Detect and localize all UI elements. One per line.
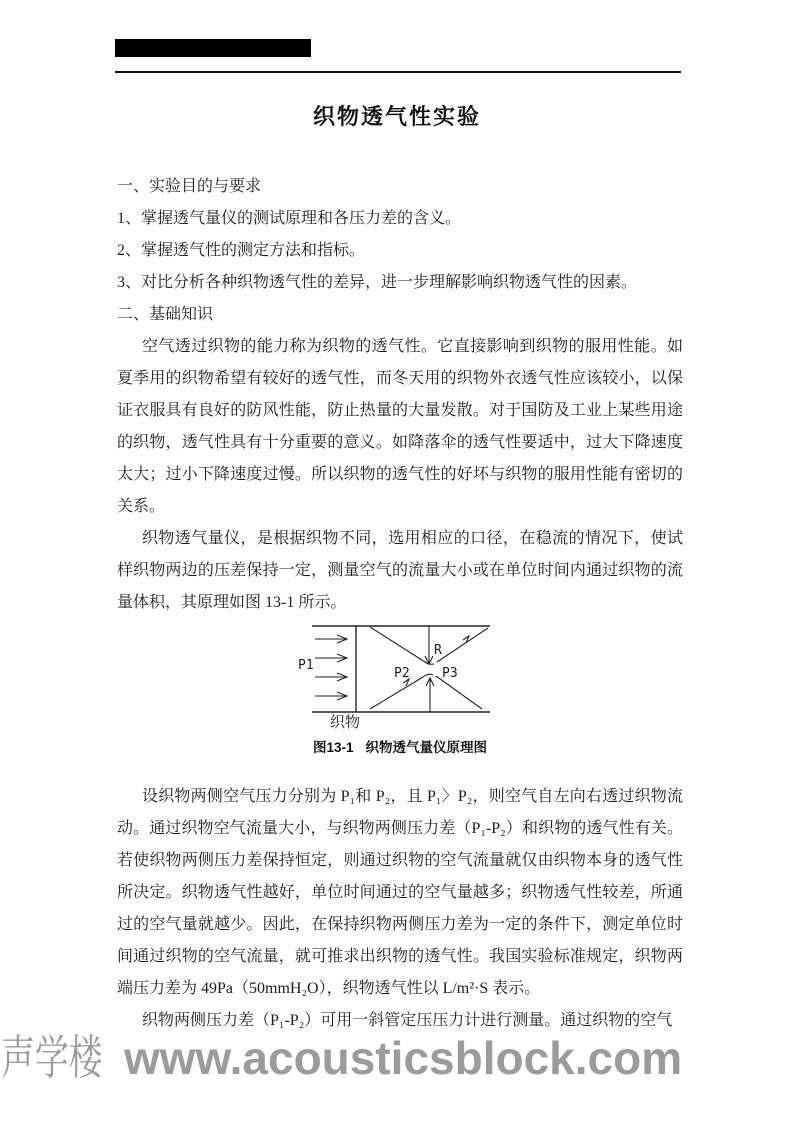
section-2-heading: 二、基础知识 xyxy=(117,299,683,331)
figure-13-1: P1 P2 P3 R 织物 图13-1织物透气量仪原理图 xyxy=(117,619,683,763)
watermark-url-text: www.acousticsblock.com xyxy=(124,1032,682,1084)
air-permeability-diagram: P1 P2 P3 R 织物 xyxy=(117,619,683,731)
document-body: 一、实验目的与要求 1、掌握透气量仪的测试原理和各压力差的含义。 2、掌握透气性… xyxy=(117,171,683,1037)
header-rule xyxy=(115,71,681,73)
list-item-3: 3、对比分析各种织物透气性的差异，进一步理解影响织物透气性的因素。 xyxy=(117,267,683,299)
section-1-heading: 一、实验目的与要求 xyxy=(117,171,683,203)
list-item-2: 2、掌握透气性的测定方法和指标。 xyxy=(117,235,683,267)
paragraph-instrument-principle: 织物透气量仪，是根据织物不同，选用相应的口径，在稳流的情况下，使试样织物两边的压… xyxy=(117,523,683,619)
flow-arrow-icon xyxy=(315,673,347,681)
flow-arrow-icon xyxy=(315,635,347,643)
fabric-label: 织物 xyxy=(330,713,360,731)
redaction-bar xyxy=(115,39,311,57)
figure-caption-title: 织物透气量仪原理图 xyxy=(366,740,488,755)
throat-measure-bottom xyxy=(426,678,434,712)
pressure-label-p2: P2 xyxy=(394,666,410,681)
radius-label-r: R xyxy=(434,643,442,658)
nozzle-top-left-wall xyxy=(370,627,434,664)
throat-measure-top xyxy=(425,626,433,664)
list-item-1: 1、掌握透气量仪的测试原理和各压力差的含义。 xyxy=(117,203,683,235)
document-page: 织物透气性实验 一、实验目的与要求 1、掌握透气量仪的测试原理和各压力差的含义。… xyxy=(0,0,794,1123)
figure-caption: 图13-1织物透气量仪原理图 xyxy=(117,733,683,763)
wall-flow-tick-icon xyxy=(463,636,469,643)
watermark: 声学楼 www.acousticsblock.com xyxy=(1,1034,794,1094)
nozzle-top-right-wall xyxy=(437,628,488,662)
figure-caption-number: 图13-1 xyxy=(313,740,354,755)
page-title: 织物透气性实验 xyxy=(0,98,794,136)
flow-arrows xyxy=(315,635,347,700)
watermark-chinese-text: 声学楼 xyxy=(1,1035,103,1083)
paragraph-pressure-analysis: 设织物两侧空气压力分别为 P₁和 P₂，且 P₁〉P₂，则空气自左向右透过织物流… xyxy=(117,781,683,1005)
paragraph-air-permeability-intro: 空气透过织物的能力称为织物的透气性。它直接影响到织物的服用性能。如夏季用的织物希… xyxy=(117,331,683,523)
flow-arrow-icon xyxy=(315,692,347,700)
pressure-label-p1: P1 xyxy=(298,658,314,673)
flow-arrow-icon xyxy=(315,654,347,662)
pressure-label-p3: P3 xyxy=(442,666,458,681)
